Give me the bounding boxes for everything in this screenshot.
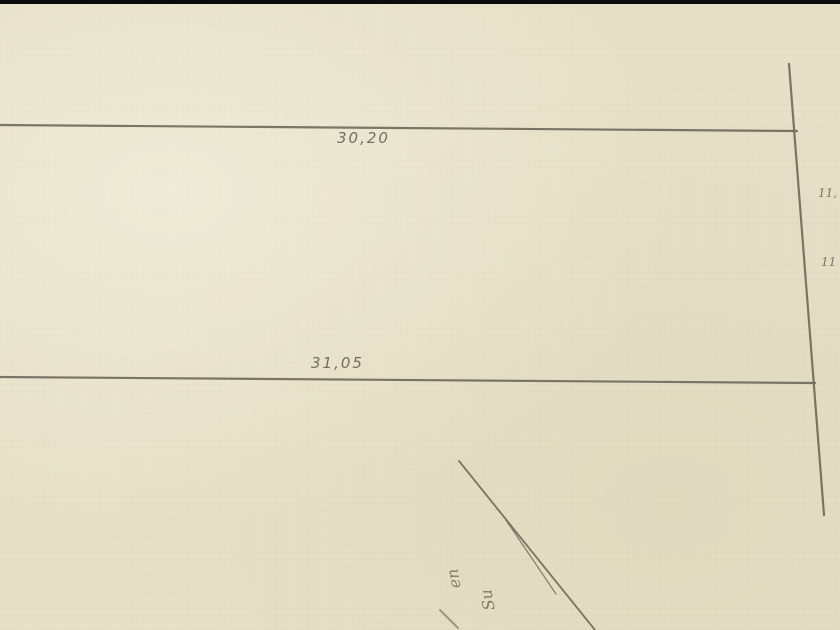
right-side-mark-1: 11, — [818, 186, 837, 200]
right-boundary-line — [789, 64, 824, 515]
diagonal-annotation-2: Su — [476, 588, 498, 612]
diagonal-annotation-1: en — [443, 567, 465, 590]
top-edge-length-label: 30,20 — [337, 129, 390, 147]
diagonal-line-double — [506, 520, 556, 594]
right-side-mark-2: 11 — [821, 255, 836, 269]
bottom-edge-length-label: 31,05 — [311, 354, 364, 372]
top-boundary-line — [0, 125, 797, 131]
scanned-document: 30,20 31,05 11, 11 en Su — [0, 0, 840, 630]
bottom-boundary-line — [0, 377, 815, 383]
diagonal-tick — [440, 610, 458, 628]
plat-drawing — [0, 0, 840, 630]
